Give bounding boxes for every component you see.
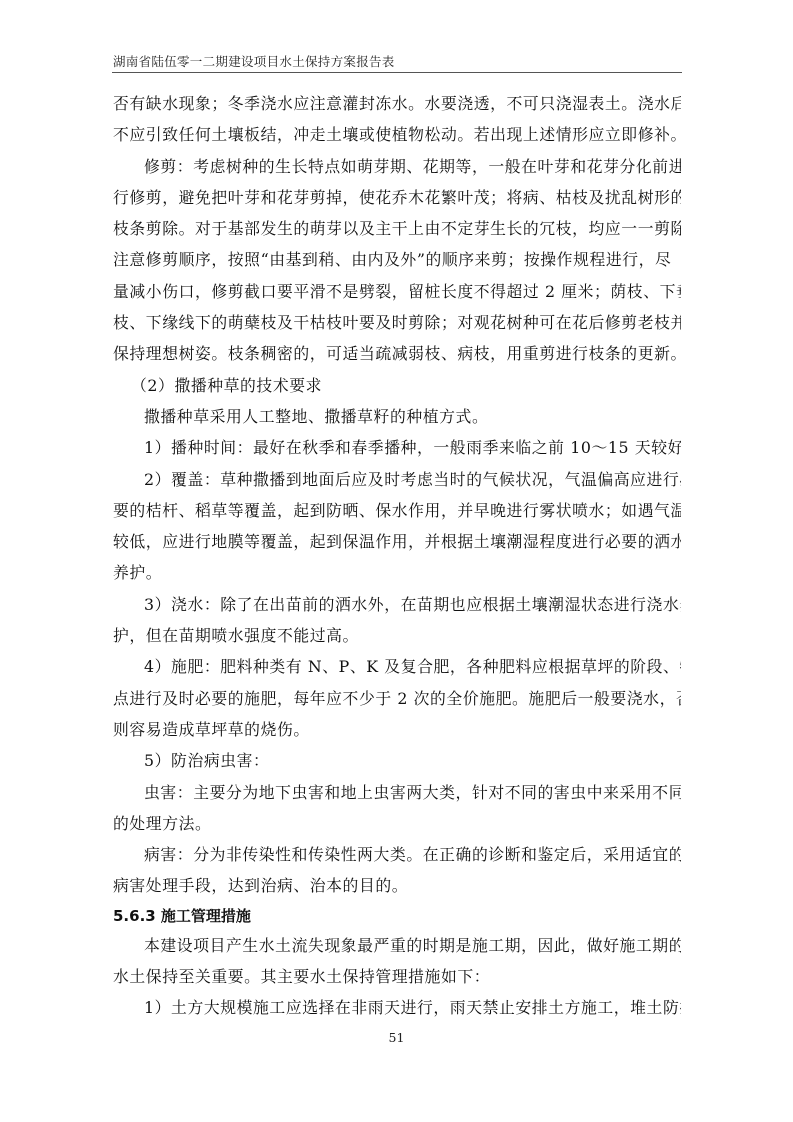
body-text: 否有缺水现象；冬季浇水应注意灌封冻水。水要浇透，不可只浇湿表土。浇水后 不应引致…: [113, 88, 681, 1024]
text-line: 1）土方大规模施工应选择在非雨天进行，雨天禁止安排土方施工，堆土防护: [113, 992, 681, 1023]
text-line: 5）防治病虫害：: [113, 745, 681, 776]
text-line: 撒播种草采用人工整地、撒播草籽的种植方式。: [113, 401, 681, 432]
text-line: 水土保持至关重要。其主要水土保持管理措施如下：: [113, 961, 681, 992]
text-line: 1）播种时间：最好在秋季和春季播种，一般雨季来临之前 10～15 天较好。: [113, 432, 681, 463]
text-line: 量减小伤口，修剪截口要平滑不是劈裂，留桩长度不得超过 2 厘米；荫枝、下垂: [113, 276, 681, 307]
text-line: 注意修剪顺序，按照“由基到稍、由内及外”的顺序来剪；按操作规程进行，尽: [113, 244, 681, 275]
text-line: 本建设项目产生水土流失现象最严重的时期是施工期，因此，做好施工期的: [113, 930, 681, 961]
text-line: 保持理想树姿。枝条稠密的，可适当疏减弱枝、病枝，用重剪进行枝条的更新。: [113, 338, 681, 369]
text-line: 行修剪，避免把叶芽和花芽剪掉，使花乔木花繁叶茂；将病、枯枝及扰乱树形的: [113, 182, 681, 213]
text-line: 虫害：主要分为地下虫害和地上虫害两大类，针对不同的害虫中来采用不同: [113, 777, 681, 808]
text-line: 枝条剪除。对于基部发生的萌芽以及主干上由不定芽生长的冗枝，均应一一剪除；: [113, 213, 681, 244]
text-line: 护，但在苗期喷水强度不能过高。: [113, 620, 681, 651]
text-line: 点进行及时必要的施肥，每年应不少于 2 次的全价施肥。施肥后一般要浇水，否: [113, 683, 681, 714]
text-line: 枝、下缘线下的萌蘖枝及干枯枝叶要及时剪除；对观花树种可在花后修剪老枝并: [113, 307, 681, 338]
text-line: 病害处理手段，达到治病、治本的目的。: [113, 870, 681, 901]
section-heading: 5.6.3 施工管理措施: [113, 902, 681, 930]
text-line: 要的桔杆、稻草等覆盖，起到防晒、保水作用，并早晚进行雾状喷水；如遇气温: [113, 495, 681, 526]
text-line: 不应引致任何土壤板结，冲走土壤或使植物松动。若出现上述情形应立即修补。: [113, 119, 681, 150]
text-line: 3）浇水：除了在出苗前的洒水外，在苗期也应根据土壤潮湿状态进行浇水养: [113, 589, 681, 620]
text-line: 否有缺水现象；冬季浇水应注意灌封冻水。水要浇透，不可只浇湿表土。浇水后: [113, 88, 681, 119]
running-header: 湖南省陆伍零一二期建设项目水土保持方案报告表: [113, 52, 682, 70]
page-number: 51: [0, 1030, 793, 1045]
text-line: 修剪：考虑树种的生长特点如萌芽期、花期等，一般在叶芽和花芽分化前进: [113, 151, 681, 182]
text-line: 的处理方法。: [113, 808, 681, 839]
text-line: 养护。: [113, 557, 681, 588]
header-divider: [112, 72, 682, 73]
text-line: 2）覆盖：草种撒播到地面后应及时考虑当时的气候状况，气温偏高应进行必: [113, 464, 681, 495]
text-line: 4）施肥：肥料种类有 N、P、K 及复合肥，各种肥料应根据草坪的阶段、特: [113, 651, 681, 682]
text-line: 较低，应进行地膜等覆盖，起到保温作用，并根据土壤潮湿程度进行必要的洒水: [113, 526, 681, 557]
text-line: 病害：分为非传染性和传染性两大类。在正确的诊断和鉴定后，采用适宜的: [113, 839, 681, 870]
subsection-title: （2）撒播种草的技术要求: [113, 370, 681, 401]
text-line: 则容易造成草坪草的烧伤。: [113, 714, 681, 745]
